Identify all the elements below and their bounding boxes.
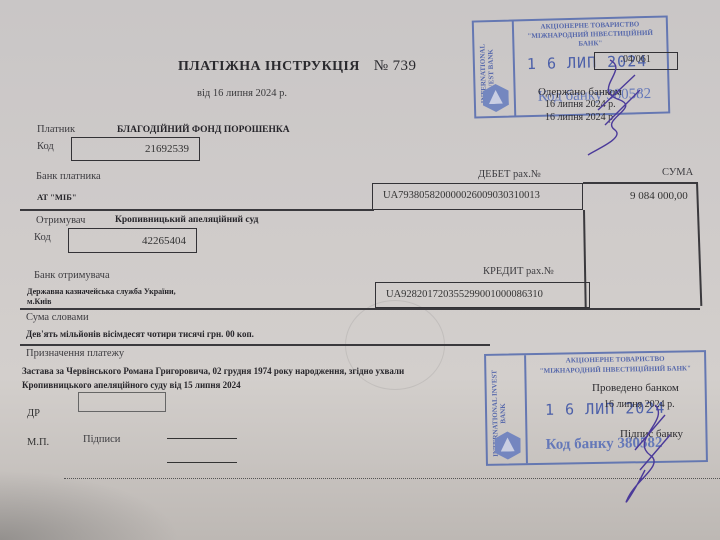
divider-payer xyxy=(20,209,374,211)
recipient-bank-label: Банк отримувача xyxy=(34,270,110,281)
recipient-code-box: 42265404 xyxy=(68,228,197,253)
processed-date: 16 липня 2024 р. xyxy=(604,399,675,410)
stamp-header-line2: "МІЖНАРОДНИЙ ІНВЕСТИЦІЙНИЙ БАНК" xyxy=(518,29,662,51)
debit-account-box: UA793805820000026009030310013 xyxy=(372,183,583,210)
payer-code-label: Код xyxy=(37,141,54,152)
recipient-name: Кропивницький апеляційний суд xyxy=(115,215,258,225)
payer-bank-label: Банк платника xyxy=(36,171,101,182)
signatures-label: Підписи xyxy=(83,434,120,445)
photo-shadow xyxy=(0,470,180,540)
credit-account: UA928201720355299001000086310 xyxy=(386,289,543,300)
stamp-side-panel: INTERNATIONAL INVEST BANK xyxy=(486,355,528,464)
time-box-value: 04/061 xyxy=(623,54,651,65)
payer-code: 21692539 xyxy=(145,143,189,155)
received-date-2: 16 липня 2024 р. xyxy=(545,112,616,123)
purpose-label: Призначення платежу xyxy=(26,348,124,359)
credit-account-box: UA928201720355299001000086310 xyxy=(375,282,590,308)
recipient-code: 42265404 xyxy=(142,235,186,247)
document-number: № 739 xyxy=(374,58,417,74)
received-date-1: 16 липня 2024 р. xyxy=(545,99,616,110)
purpose-line1: Застава за Червінського Романа Григорови… xyxy=(22,366,404,376)
stamp-side-panel: INTERNATIONAL INVEST BANK xyxy=(474,21,516,116)
payer-label: Платник xyxy=(37,124,75,135)
purpose-line2: Кропивницького апеляційного суду від 15 … xyxy=(22,380,241,390)
received-by-bank-label: Одержано банком xyxy=(538,86,622,98)
debit-label: ДЕБЕТ рах.№ xyxy=(478,169,541,180)
stamp-header-line2: "МІЖНАРОДНИЙ ІНВЕСТИЦІЙНИЙ БАНК" xyxy=(530,364,700,376)
document-date: від 16 липня 2024 р. xyxy=(197,88,287,99)
amount-label: СУМА xyxy=(662,167,693,178)
document-title: ПЛАТІЖНА ІНСТРУКЦІЯ№ 739 xyxy=(178,58,416,75)
credit-label: КРЕДИТ рах.№ xyxy=(483,266,554,277)
title-text: ПЛАТІЖНА ІНСТРУКЦІЯ xyxy=(178,59,360,74)
signature-line-2 xyxy=(167,462,237,463)
payer-bank-name: АТ "МІБ" xyxy=(37,192,77,202)
signature-line-1 xyxy=(167,438,237,439)
amount-column-right xyxy=(696,182,702,306)
amount-column-top xyxy=(583,182,697,184)
debit-account: UA793805820000026009030310013 xyxy=(383,190,540,201)
recipient-code-label: Код xyxy=(34,232,51,243)
divider-amount-words xyxy=(20,344,490,346)
payer-code-box: 21692539 xyxy=(71,137,200,161)
divider-recipient xyxy=(20,308,700,310)
amount-words-text: Дев'ять мільйонів вісімдесят чотири тися… xyxy=(26,329,254,339)
mp-label: М.П. xyxy=(27,437,49,448)
time-box: 04/061 xyxy=(594,52,678,70)
payer-name: БЛАГОДІЙНИЙ ФОНД ПОРОШЕНКА xyxy=(117,125,290,135)
bank-signature-label: Підпис банку xyxy=(620,428,683,440)
processed-by-bank-label: Проведено банком xyxy=(592,382,679,394)
recipient-bank-name-line2: м.Київ xyxy=(27,297,51,306)
dr-label: ДР xyxy=(27,408,40,419)
recipient-bank-name-line1: Державна казначейська служба України, xyxy=(27,287,176,296)
amount-words-label: Сума словами xyxy=(26,312,89,323)
amount-value: 9 084 000,00 xyxy=(630,190,688,202)
payment-instruction-document: ПЛАТІЖНА ІНСТРУКЦІЯ№ 739 від 16 липня 20… xyxy=(0,0,720,540)
recipient-label: Отримувач xyxy=(36,215,85,226)
dr-box xyxy=(78,392,166,412)
